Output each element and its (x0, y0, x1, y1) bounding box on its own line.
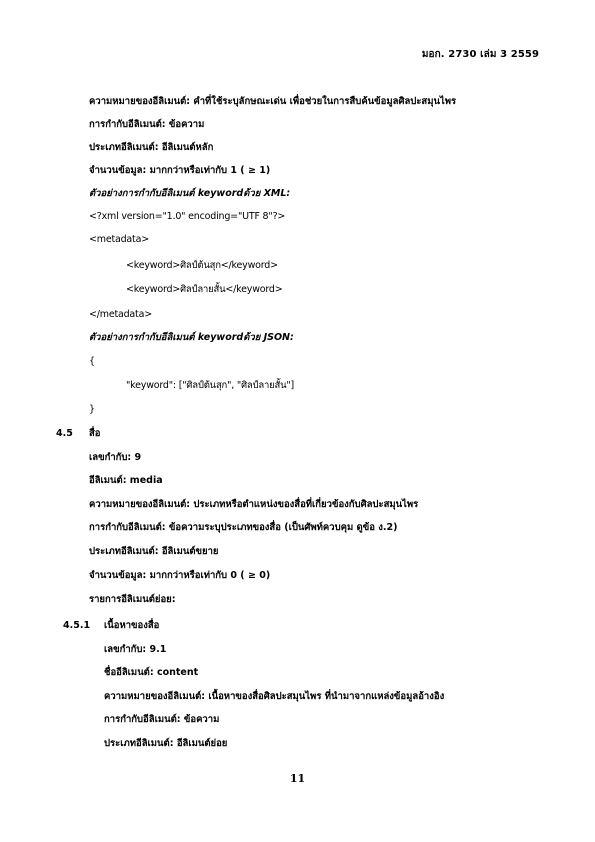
section-4-5-1-type: ประเภทอีลิเมนต์: อีลิเมนต์ย่อย (104, 738, 227, 750)
keyword-definition: การกำกับอีลิเมนต์: ข้อความ (89, 119, 204, 131)
section-4-5-element: อีลิเมนต์: media (89, 475, 163, 487)
section-4-5-1-definition: การกำกับอีลิเมนต์: ข้อความ (104, 714, 219, 726)
json-open-brace: { (89, 356, 95, 368)
section-4-5-1-element-name: ชื่ออีลิเมนต์: content (104, 667, 198, 679)
section-4-5-title: สื่อ (89, 428, 101, 440)
xml-declaration-line: <?xml version="1.0" encoding="UTF 8"?> (89, 211, 285, 223)
document-page: มอก. 2730 เล่ม 3 2559 ความหมายของอีลิเมน… (0, 0, 595, 842)
json-close-brace: } (89, 404, 95, 416)
page-number: 11 (0, 772, 595, 785)
section-4-5-1-number: 4.5.1 (63, 620, 90, 632)
json-keyword-line: "keyword": ["ศิลป์ต้นสุก", "ศิลป์ลายสั้น… (126, 380, 294, 392)
section-4-5-type: ประเภทอีลิเมนต์: อีลิเมนต์ขยาย (89, 546, 218, 558)
xml-metadata-close: </metadata> (89, 309, 152, 321)
section-4-5-order: เลขกำกับ: 9 (89, 452, 141, 464)
xml-keyword-line-1: <keyword>ศิลป์ต้นสุก</keyword> (126, 260, 278, 272)
section-4-5-count: จำนวนข้อมูล: มากกว่าหรือเท่ากับ 0 ( ≥ 0) (89, 570, 270, 582)
section-4-5-definition: การกำกับอีลิเมนต์: ข้อความระบุประเภทของส… (89, 522, 397, 534)
section-4-5-meaning: ความหมายของอีลิเมนต์: ประเภทหรือตำแหน่งข… (89, 499, 418, 511)
xml-keyword-line-2: <keyword>ศิลป์ลายสั้น</keyword> (126, 284, 283, 296)
xml-metadata-open: <metadata> (89, 234, 149, 246)
json-example-title: ตัวอย่างการกำกับอีลิเมนต์ keywordด้วย JS… (89, 332, 294, 344)
section-4-5-1-order: เลขกำกับ: 9.1 (104, 644, 166, 656)
section-4-5-number: 4.5 (56, 428, 73, 440)
section-4-5-1-meaning: ความหมายของอีลิเมนต์: เนื้อหาของสื่อศิลป… (104, 691, 444, 703)
keyword-meaning: ความหมายของอีลิเมนต์: คำที่ใช้ระบุลักษณะ… (89, 96, 456, 108)
section-4-5-sub-list: รายการอีลิเมนต์ย่อย: (89, 594, 176, 606)
keyword-type: ประเภทอีลิเมนต์: อีลิเมนต์หลัก (89, 142, 213, 154)
section-4-5-1-title: เนื้อหาของสื่อ (104, 620, 159, 632)
document-reference-header: มอก. 2730 เล่ม 3 2559 (422, 47, 539, 62)
keyword-count: จำนวนข้อมูล: มากกว่าหรือเท่ากับ 1 ( ≥ 1) (89, 165, 270, 177)
xml-example-title: ตัวอย่างการกำกับอีลิเมนต์ keywordด้วย XM… (89, 188, 290, 200)
